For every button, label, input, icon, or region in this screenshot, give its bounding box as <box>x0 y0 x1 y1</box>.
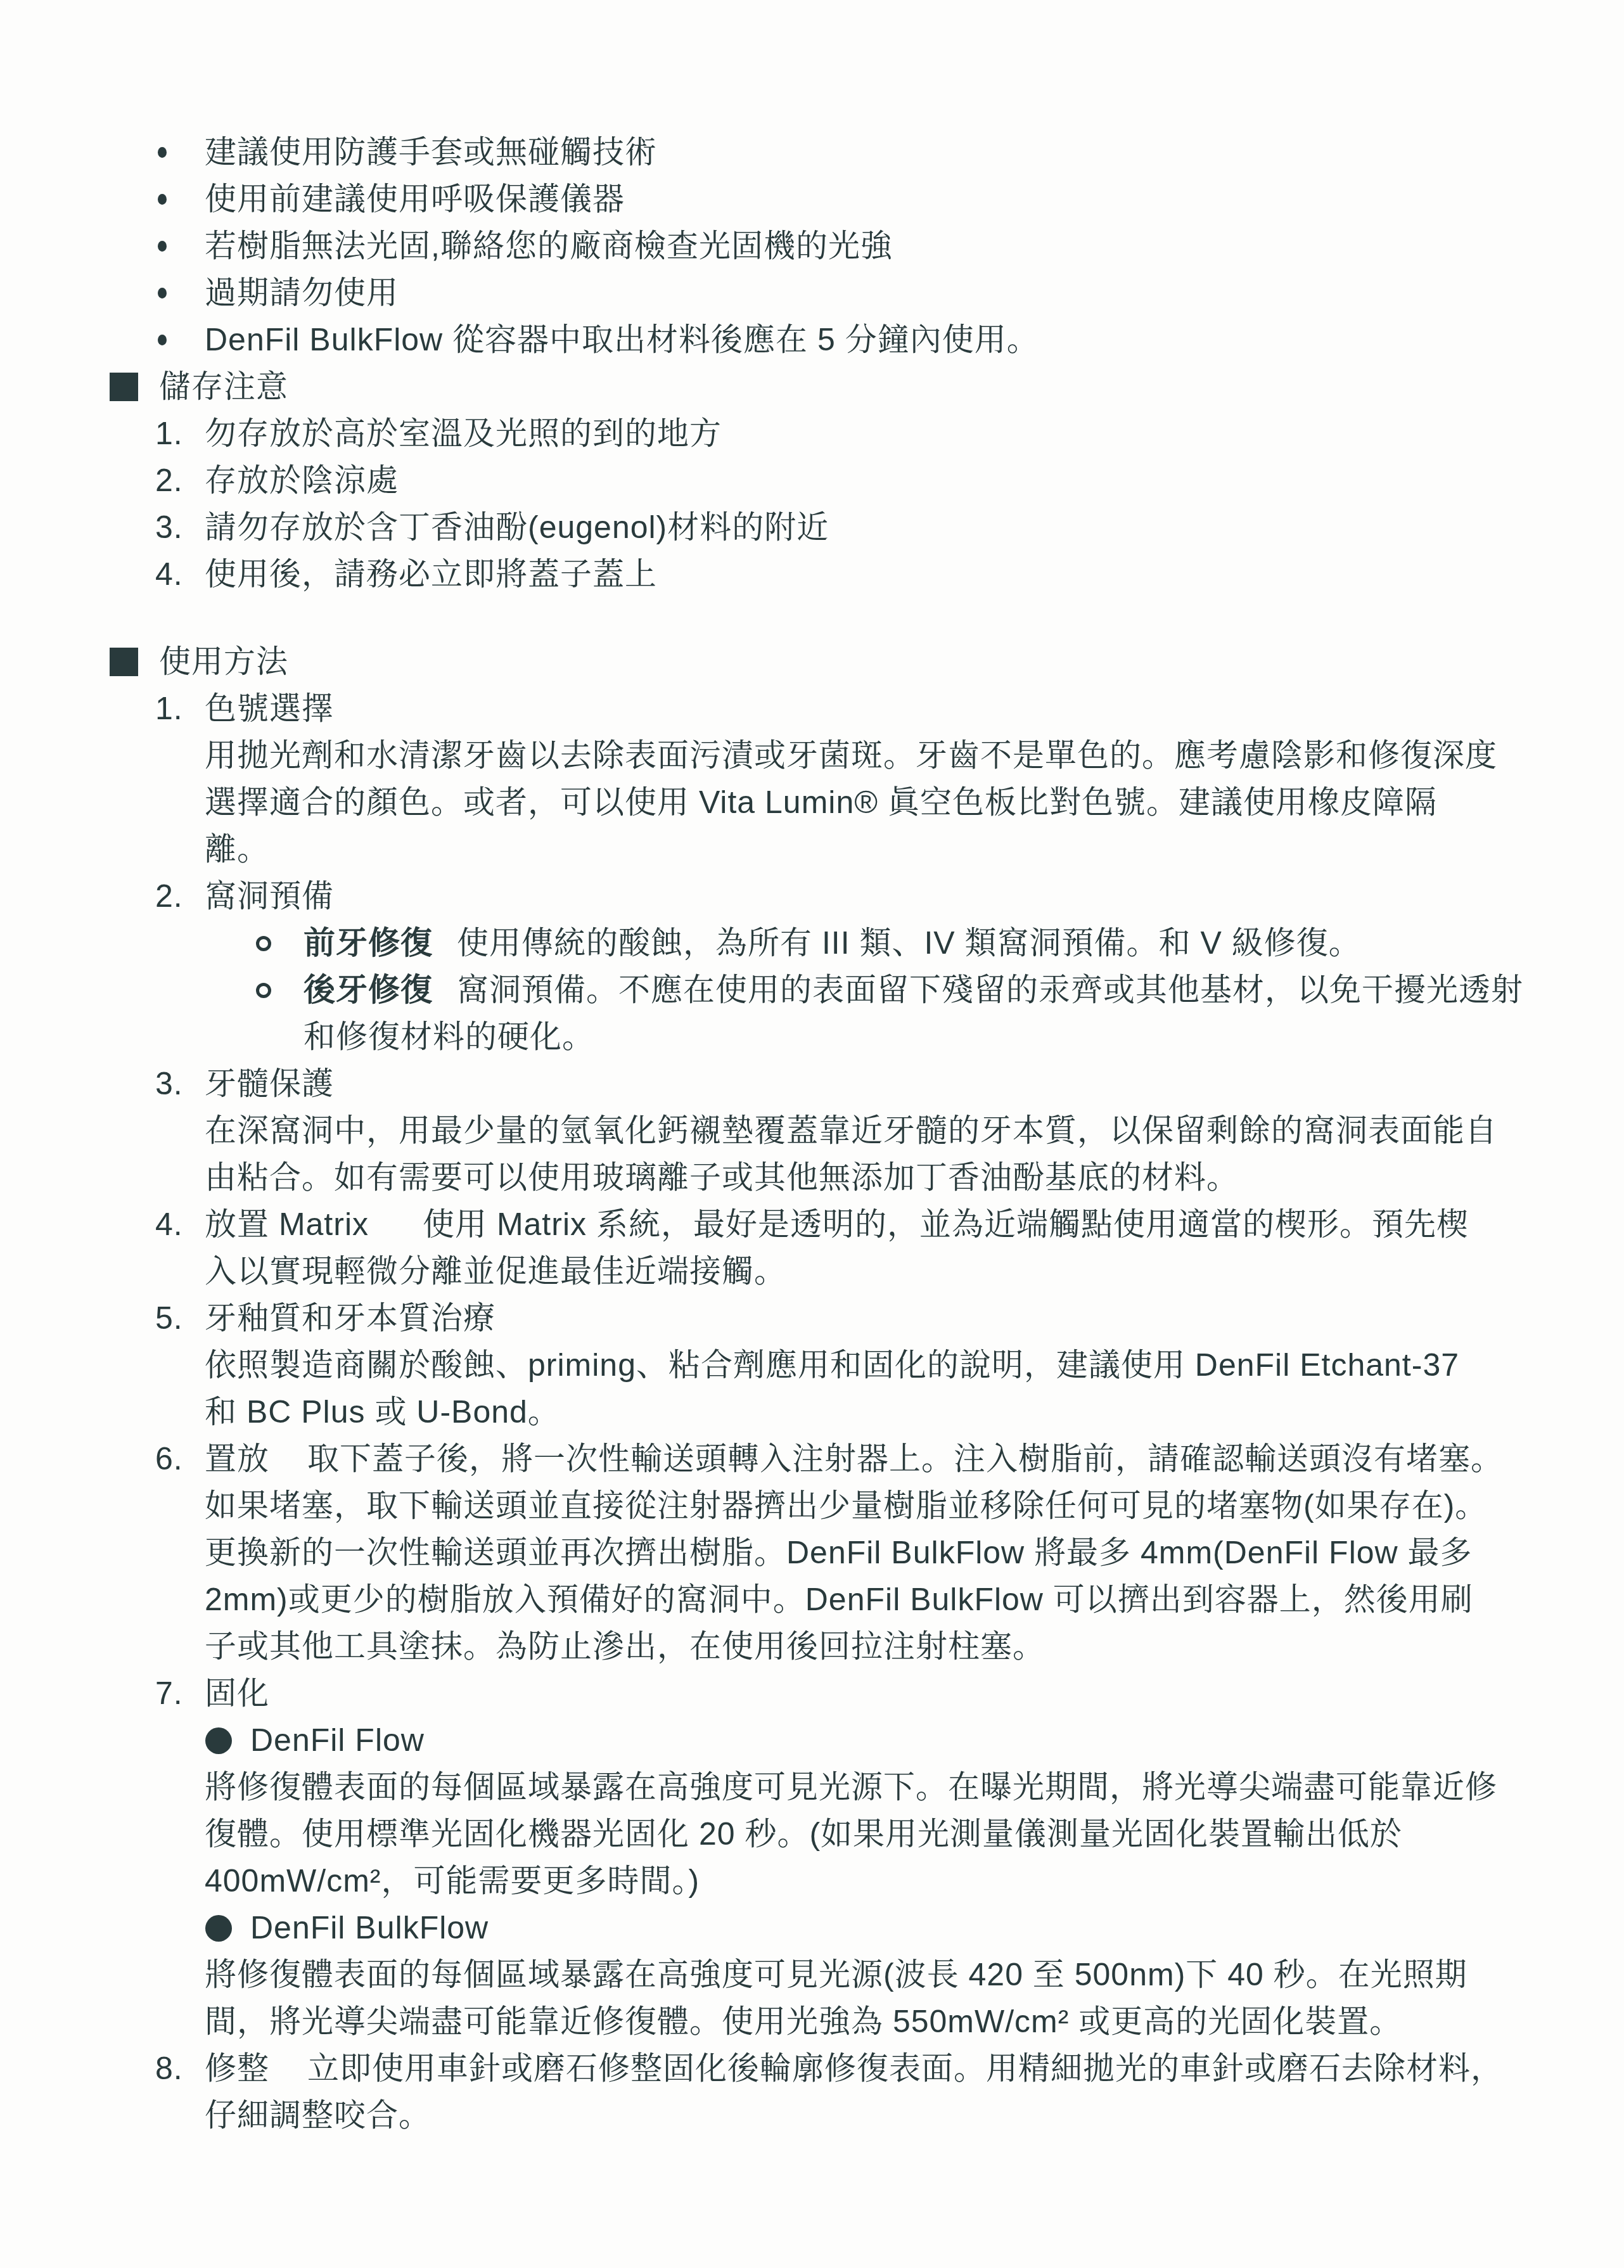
paragraph-text: 離。 <box>205 826 269 873</box>
paragraph-text: 更換新的一次性輸送頭並再次擠出樹脂。DenFil BulkFlow 將最多 4m… <box>205 1529 1473 1576</box>
item-number: 5. <box>155 1295 183 1342</box>
paragraph-line: 仔細調整咬合。 <box>0 2092 1624 2139</box>
section-title: 儲存注意 <box>159 363 288 410</box>
item-title: 色號選擇 <box>205 685 334 732</box>
item-number: 7. <box>155 1670 183 1717</box>
bullet-text: 過期請勿使用 <box>205 269 399 316</box>
item-title: 牙釉質和牙本質治療 <box>205 1295 496 1342</box>
item-number: 3. <box>155 504 183 551</box>
paragraph-text: 和 BC Plus 或 U-Bond。 <box>205 1388 560 1435</box>
paragraph-text: 如果堵塞，取下輸送頭並直接從注射器擠出少量樹脂並移除任何可見的堵塞物(如果存在)… <box>205 1482 1487 1529</box>
section-header-storage: 儲存注意 <box>0 363 1624 410</box>
paragraph-line: 離。 <box>0 826 1624 873</box>
paragraph-line: 在深窩洞中，用最少量的氫氧化鈣襯墊覆蓋靠近牙髓的牙本質，以保留剩餘的窩洞表面能自 <box>0 1107 1624 1154</box>
section-marker-icon <box>110 373 138 401</box>
paragraph-line: 將修復體表面的每個區域暴露在高強度可見光源(波長 420 至 500nm)下 4… <box>0 1951 1624 1998</box>
paragraph-line: 和修復材料的硬化。 <box>0 1013 1624 1060</box>
document-page: 建議使用防護手套或無碰觸技術 使用前建議使用呼吸保護儀器 若樹脂無法光固,聯絡您… <box>0 0 1624 2268</box>
item-text: 置放取下蓋子後，將一次性輸送頭轉入注射器上。注入樹脂前，請確認輸送頭沒有堵塞。 <box>205 1435 1503 1482</box>
item-title: 窩洞預備 <box>205 873 334 919</box>
item-text: 放置 Matrix使用 Matrix 系統，最好是透明的，並為近端觸點使用適當的… <box>205 1201 1469 1248</box>
item-number: 1. <box>155 410 183 457</box>
document-content: 建議使用防護手套或無碰觸技術 使用前建議使用呼吸保護儀器 若樹脂無法光固,聯絡您… <box>0 129 1624 2139</box>
paragraph-line: 400mW/cm²，可能需要更多時間。) <box>0 1857 1624 1904</box>
sub-bullet-icon <box>256 983 271 998</box>
paragraph-text: 依照製造商關於酸蝕、priming、粘合劑應用和固化的說明，建議使用 DenFi… <box>205 1342 1459 1388</box>
paragraph-text: 仔細調整咬合。 <box>205 2092 431 2139</box>
section-title: 使用方法 <box>159 638 288 685</box>
list-item: 3. 請勿存放於含丁香油酚(eugenol)材料的附近 <box>0 504 1624 551</box>
item-number: 2. <box>155 873 183 919</box>
item-number: 4. <box>155 551 183 598</box>
list-item: 4. 使用後，請務必立即將蓋子蓋上 <box>0 551 1624 598</box>
list-item: 使用前建議使用呼吸保護儀器 <box>0 176 1624 222</box>
sub-item-body: 窩洞預備。不應在使用的表面留下殘留的汞齊或其他基材，以免干擾光透射 <box>457 972 1523 1008</box>
list-item: 建議使用防護手套或無碰觸技術 <box>0 129 1624 176</box>
item-number: 4. <box>155 1201 183 1248</box>
list-item: 3. 牙髓保護 <box>0 1060 1624 1107</box>
item-body: 使用 Matrix 系統，最好是透明的，並為近端觸點使用適當的楔形。預先楔 <box>423 1207 1469 1242</box>
item-text: 使用後，請務必立即將蓋子蓋上 <box>205 551 657 598</box>
paragraph-line: 復體。使用標準光固化機器光固化 20 秒。(如果用光測量儀測量光固化裝置輸出低於 <box>0 1810 1624 1857</box>
product-name: DenFil BulkFlow <box>250 1904 489 1951</box>
paragraph-text: 用拋光劑和水清潔牙齒以去除表面污漬或牙菌斑。牙齒不是單色的。應考慮陰影和修復深度 <box>205 732 1497 779</box>
paragraph-text: 400mW/cm²，可能需要更多時間。) <box>205 1857 700 1904</box>
product-name: DenFil Flow <box>250 1717 425 1764</box>
paragraph-text: 將修復體表面的每個區域暴露在高強度可見光源下。在曝光期間，將光導尖端盡可能靠近修 <box>205 1764 1497 1810</box>
list-item: 8. 修整立即使用車針或磨石修整固化後輪廓修復表面。用精細拋光的車針或磨石去除材… <box>0 2045 1624 2092</box>
list-item: 2. 存放於陰涼處 <box>0 457 1624 504</box>
sub-item-text: 前牙修復使用傳統的酸蝕，為所有 III 類、IV 類窩洞預備。和 V 級修復。 <box>304 919 1361 966</box>
paragraph-line: 入以實現輕微分離並促進最佳近端接觸。 <box>0 1248 1624 1295</box>
bullet-icon <box>158 335 167 345</box>
paragraph-line: 更換新的一次性輸送頭並再次擠出樹脂。DenFil BulkFlow 將最多 4m… <box>0 1529 1624 1576</box>
bullet-icon <box>158 194 167 205</box>
bullet-icon <box>158 147 167 158</box>
item-text: 勿存放於高於室溫及光照的到的地方 <box>205 410 722 457</box>
list-item: 4. 放置 Matrix使用 Matrix 系統，最好是透明的，並為近端觸點使用… <box>0 1201 1624 1248</box>
item-text: 存放於陰涼處 <box>205 457 399 504</box>
item-body: 取下蓋子後，將一次性輸送頭轉入注射器上。注入樹脂前，請確認輸送頭沒有堵塞。 <box>307 1441 1503 1477</box>
item-title: 固化 <box>205 1670 269 1717</box>
item-text: 修整立即使用車針或磨石修整固化後輪廓修復表面。用精細拋光的車針或磨石去除材料， <box>205 2045 1503 2092</box>
bullet-text: 建議使用防護手套或無碰觸技術 <box>205 129 657 176</box>
paragraph-line: 和 BC Plus 或 U-Bond。 <box>0 1388 1624 1435</box>
paragraph-text: 將修復體表面的每個區域暴露在高強度可見光源(波長 420 至 500nm)下 4… <box>205 1951 1467 1998</box>
item-number: 8. <box>155 2045 183 2092</box>
sub-item-label: 後牙修復 <box>304 972 433 1008</box>
paragraph-text: 復體。使用標準光固化機器光固化 20 秒。(如果用光測量儀測量光固化裝置輸出低於 <box>205 1810 1402 1857</box>
list-item: 6. 置放取下蓋子後，將一次性輸送頭轉入注射器上。注入樹脂前，請確認輸送頭沒有堵… <box>0 1435 1624 1482</box>
item-number: 3. <box>155 1060 183 1107</box>
sub-list-item: 後牙修復窩洞預備。不應在使用的表面留下殘留的汞齊或其他基材，以免干擾光透射 <box>0 966 1624 1013</box>
paragraph-text: 入以實現輕微分離並促進最佳近端接觸。 <box>205 1248 786 1295</box>
list-item: 1. 勿存放於高於室溫及光照的到的地方 <box>0 410 1624 457</box>
paragraph-line: 2mm)或更少的樹脂放入預備好的窩洞中。DenFil BulkFlow 可以擠出… <box>0 1576 1624 1623</box>
product-heading: DenFil BulkFlow <box>0 1904 1624 1951</box>
bullet-text: 若樹脂無法光固,聯絡您的廠商檢查光固機的光強 <box>205 222 893 269</box>
list-item: 5. 牙釉質和牙本質治療 <box>0 1295 1624 1342</box>
paragraph-line: 由粘合。如有需要可以使用玻璃離子或其他無添加丁香油酚基底的材料。 <box>0 1154 1624 1201</box>
paragraph-text: 和修復材料的硬化。 <box>304 1013 594 1060</box>
item-title: 修整 <box>205 2051 269 2086</box>
product-heading: DenFil Flow <box>0 1717 1624 1764</box>
item-number: 6. <box>155 1435 183 1482</box>
item-number: 2. <box>155 457 183 504</box>
paragraph-line: 將修復體表面的每個區域暴露在高強度可見光源下。在曝光期間，將光導尖端盡可能靠近修 <box>0 1764 1624 1810</box>
section-header-usage: 使用方法 <box>0 638 1624 685</box>
bullet-icon <box>158 288 167 298</box>
list-item: DenFil BulkFlow 從容器中取出材料後應在 5 分鐘內使用。 <box>0 316 1624 363</box>
paragraph-text: 2mm)或更少的樹脂放入預備好的窩洞中。DenFil BulkFlow 可以擠出… <box>205 1576 1473 1623</box>
item-title: 放置 Matrix <box>205 1207 369 1242</box>
paragraph-line: 用拋光劑和水清潔牙齒以去除表面污漬或牙菌斑。牙齒不是單色的。應考慮陰影和修復深度 <box>0 732 1624 779</box>
bullet-icon <box>158 241 167 252</box>
list-item: 過期請勿使用 <box>0 269 1624 316</box>
paragraph-line: 間，將光導尖端盡可能靠近修復體。使用光強為 550mW/cm² 或更高的光固化裝… <box>0 1998 1624 2045</box>
sub-item-label: 前牙修復 <box>304 925 433 961</box>
paragraph-line: 依照製造商關於酸蝕、priming、粘合劑應用和固化的說明，建議使用 DenFi… <box>0 1342 1624 1388</box>
bullet-text: 使用前建議使用呼吸保護儀器 <box>205 176 625 222</box>
paragraph-line: 如果堵塞，取下輸送頭並直接從注射器擠出少量樹脂並移除任何可見的堵塞物(如果存在)… <box>0 1482 1624 1529</box>
paragraph-line: 子或其他工具塗抹。為防止滲出，在使用後回拉注射柱塞。 <box>0 1623 1624 1670</box>
sub-item-body: 使用傳統的酸蝕，為所有 III 類、IV 類窩洞預備。和 V 級修復。 <box>457 925 1361 961</box>
item-number: 1. <box>155 685 183 732</box>
list-item: 1. 色號選擇 <box>0 685 1624 732</box>
sub-list-item: 前牙修復使用傳統的酸蝕，為所有 III 類、IV 類窩洞預備。和 V 級修復。 <box>0 919 1624 966</box>
paragraph-text: 選擇適合的顏色。或者，可以使用 Vita Lumin® 眞空色板比對色號。建議使… <box>205 779 1437 826</box>
section-marker-icon <box>110 648 138 676</box>
list-item: 2. 窩洞預備 <box>0 873 1624 919</box>
list-item: 7. 固化 <box>0 1670 1624 1717</box>
product-bullet-icon <box>205 1915 232 1942</box>
sub-bullet-icon <box>256 936 271 951</box>
item-body: 立即使用車針或磨石修整固化後輪廓修復表面。用精細拋光的車針或磨石去除材料， <box>307 2051 1503 2086</box>
paragraph-text: 由粘合。如有需要可以使用玻璃離子或其他無添加丁香油酚基底的材料。 <box>205 1154 1239 1201</box>
list-item: 若樹脂無法光固,聯絡您的廠商檢查光固機的光強 <box>0 222 1624 269</box>
bullet-text: DenFil BulkFlow 從容器中取出材料後應在 5 分鐘內使用。 <box>205 316 1039 363</box>
sub-item-text: 後牙修復窩洞預備。不應在使用的表面留下殘留的汞齊或其他基材，以免干擾光透射 <box>304 966 1523 1013</box>
item-text: 請勿存放於含丁香油酚(eugenol)材料的附近 <box>205 504 829 551</box>
paragraph-text: 間，將光導尖端盡可能靠近修復體。使用光強為 550mW/cm² 或更高的光固化裝… <box>205 1998 1402 2045</box>
item-title: 置放 <box>205 1441 269 1477</box>
product-bullet-icon <box>205 1727 232 1754</box>
paragraph-text: 子或其他工具塗抹。為防止滲出，在使用後回拉注射柱塞。 <box>205 1623 1045 1670</box>
item-title: 牙髓保護 <box>205 1060 334 1107</box>
paragraph-line: 選擇適合的顏色。或者，可以使用 Vita Lumin® 眞空色板比對色號。建議使… <box>0 779 1624 826</box>
paragraph-text: 在深窩洞中，用最少量的氫氧化鈣襯墊覆蓋靠近牙髓的牙本質，以保留剩餘的窩洞表面能自 <box>205 1107 1497 1154</box>
